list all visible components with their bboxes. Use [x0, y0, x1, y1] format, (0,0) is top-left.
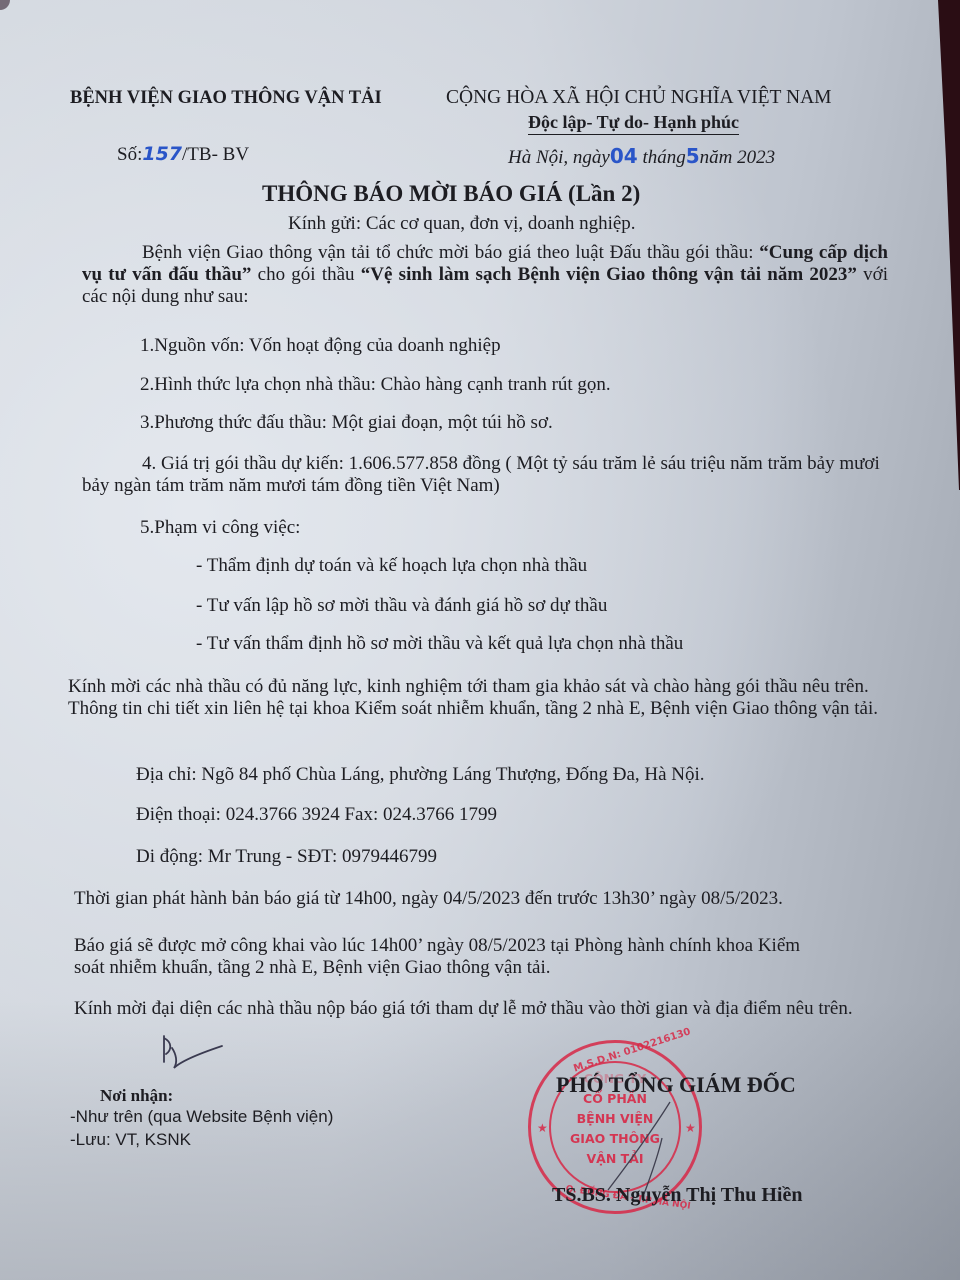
release-time: Thời gian phát hành bản báo giá từ 14h00… — [74, 889, 783, 908]
document-number: Số:157/TB- BV — [117, 145, 249, 164]
document-title: THÔNG BÁO MỜI BÁO GIÁ (Lần 2) — [262, 182, 640, 205]
motto-text: Độc lập- Tự do- Hạnh phúc — [528, 112, 739, 135]
item-bidding-method: 3.Phương thức đấu thầu: Một giai đoạn, m… — [140, 413, 553, 432]
item-funding: 1.Nguồn vốn: Vốn hoạt động của doanh ngh… — [140, 336, 501, 355]
invitation-paragraph: Kính mời các nhà thầu có đủ năng lực, ki… — [68, 676, 898, 720]
month-label: tháng — [642, 147, 685, 168]
closing-invitation: Kính mời đại diện các nhà thầu nộp báo g… — [74, 998, 894, 1020]
initial-signature-icon — [158, 1032, 228, 1072]
recipient-line: -Như trên (qua Website Bệnh viện) — [70, 1108, 333, 1125]
item-package-value: 4. Giá trị gói thầu dự kiến: 1.606.577.8… — [82, 453, 882, 497]
year-text: năm 2023 — [700, 147, 775, 168]
contact-phone: Điện thoại: 024.3766 3924 Fax: 024.3766 … — [136, 805, 497, 824]
motto: Độc lập- Tự do- Hạnh phúc — [528, 113, 739, 131]
director-signature-icon — [600, 1098, 680, 1198]
signatory-position: PHÓ TỔNG GIÁM ĐỐC — [556, 1072, 796, 1098]
contact-address: Địa chỉ: Ngõ 84 phố Chùa Láng, phường Lá… — [136, 765, 705, 784]
scope-item: - Thẩm định dự toán và kế hoạch lựa chọn… — [196, 556, 587, 575]
recipients-label: Nơi nhận: — [100, 1087, 173, 1104]
contact-mobile: Di động: Mr Trung - SĐT: 0979446799 — [136, 847, 437, 866]
nation-name: CỘNG HÒA XÃ HỘI CHỦ NGHĨA VIỆT NAM — [446, 88, 832, 108]
number-suffix: /TB- BV — [182, 144, 249, 165]
intro-text-2: cho gói thầu — [251, 264, 360, 285]
opening-time: Báo giá sẽ được mở công khai vào lúc 14h… — [74, 935, 834, 979]
intro-paragraph: Bệnh viện Giao thông vận tải tổ chức mời… — [82, 242, 888, 308]
document-date: Hà Nội, ngày04 tháng5năm 2023 — [508, 146, 775, 167]
recipient-line: -Lưu: VT, KSNK — [70, 1131, 191, 1148]
scope-item: - Tư vấn lập hồ sơ mời thầu và đánh giá … — [196, 596, 607, 615]
number-handwritten: 157 — [142, 143, 182, 165]
project-name: “Vệ sinh làm sạch Bệnh viện Giao thông v… — [361, 264, 857, 285]
organization-name: BỆNH VIỆN GIAO THÔNG VẬN TẢI — [70, 89, 382, 108]
month-handwritten: 5 — [686, 144, 700, 168]
date-prefix: Hà Nội, ngày — [508, 147, 610, 168]
salutation: Kính gửi: Các cơ quan, đơn vị, doanh ngh… — [288, 214, 636, 233]
item-scope-heading: 5.Phạm vi công việc: — [140, 518, 300, 537]
number-prefix: Số: — [117, 144, 142, 165]
scope-item: - Tư vấn thẩm định hồ sơ mời thầu và kết… — [196, 634, 683, 653]
signatory-name: TS.BS. Nguyễn Thị Thu Hiền — [552, 1184, 803, 1207]
intro-text: Bệnh viện Giao thông vận tải tổ chức mời… — [142, 242, 759, 263]
day-handwritten: 04 — [610, 144, 638, 168]
item-selection-method: 2.Hình thức lựa chọn nhà thầu: Chào hàng… — [140, 375, 611, 394]
